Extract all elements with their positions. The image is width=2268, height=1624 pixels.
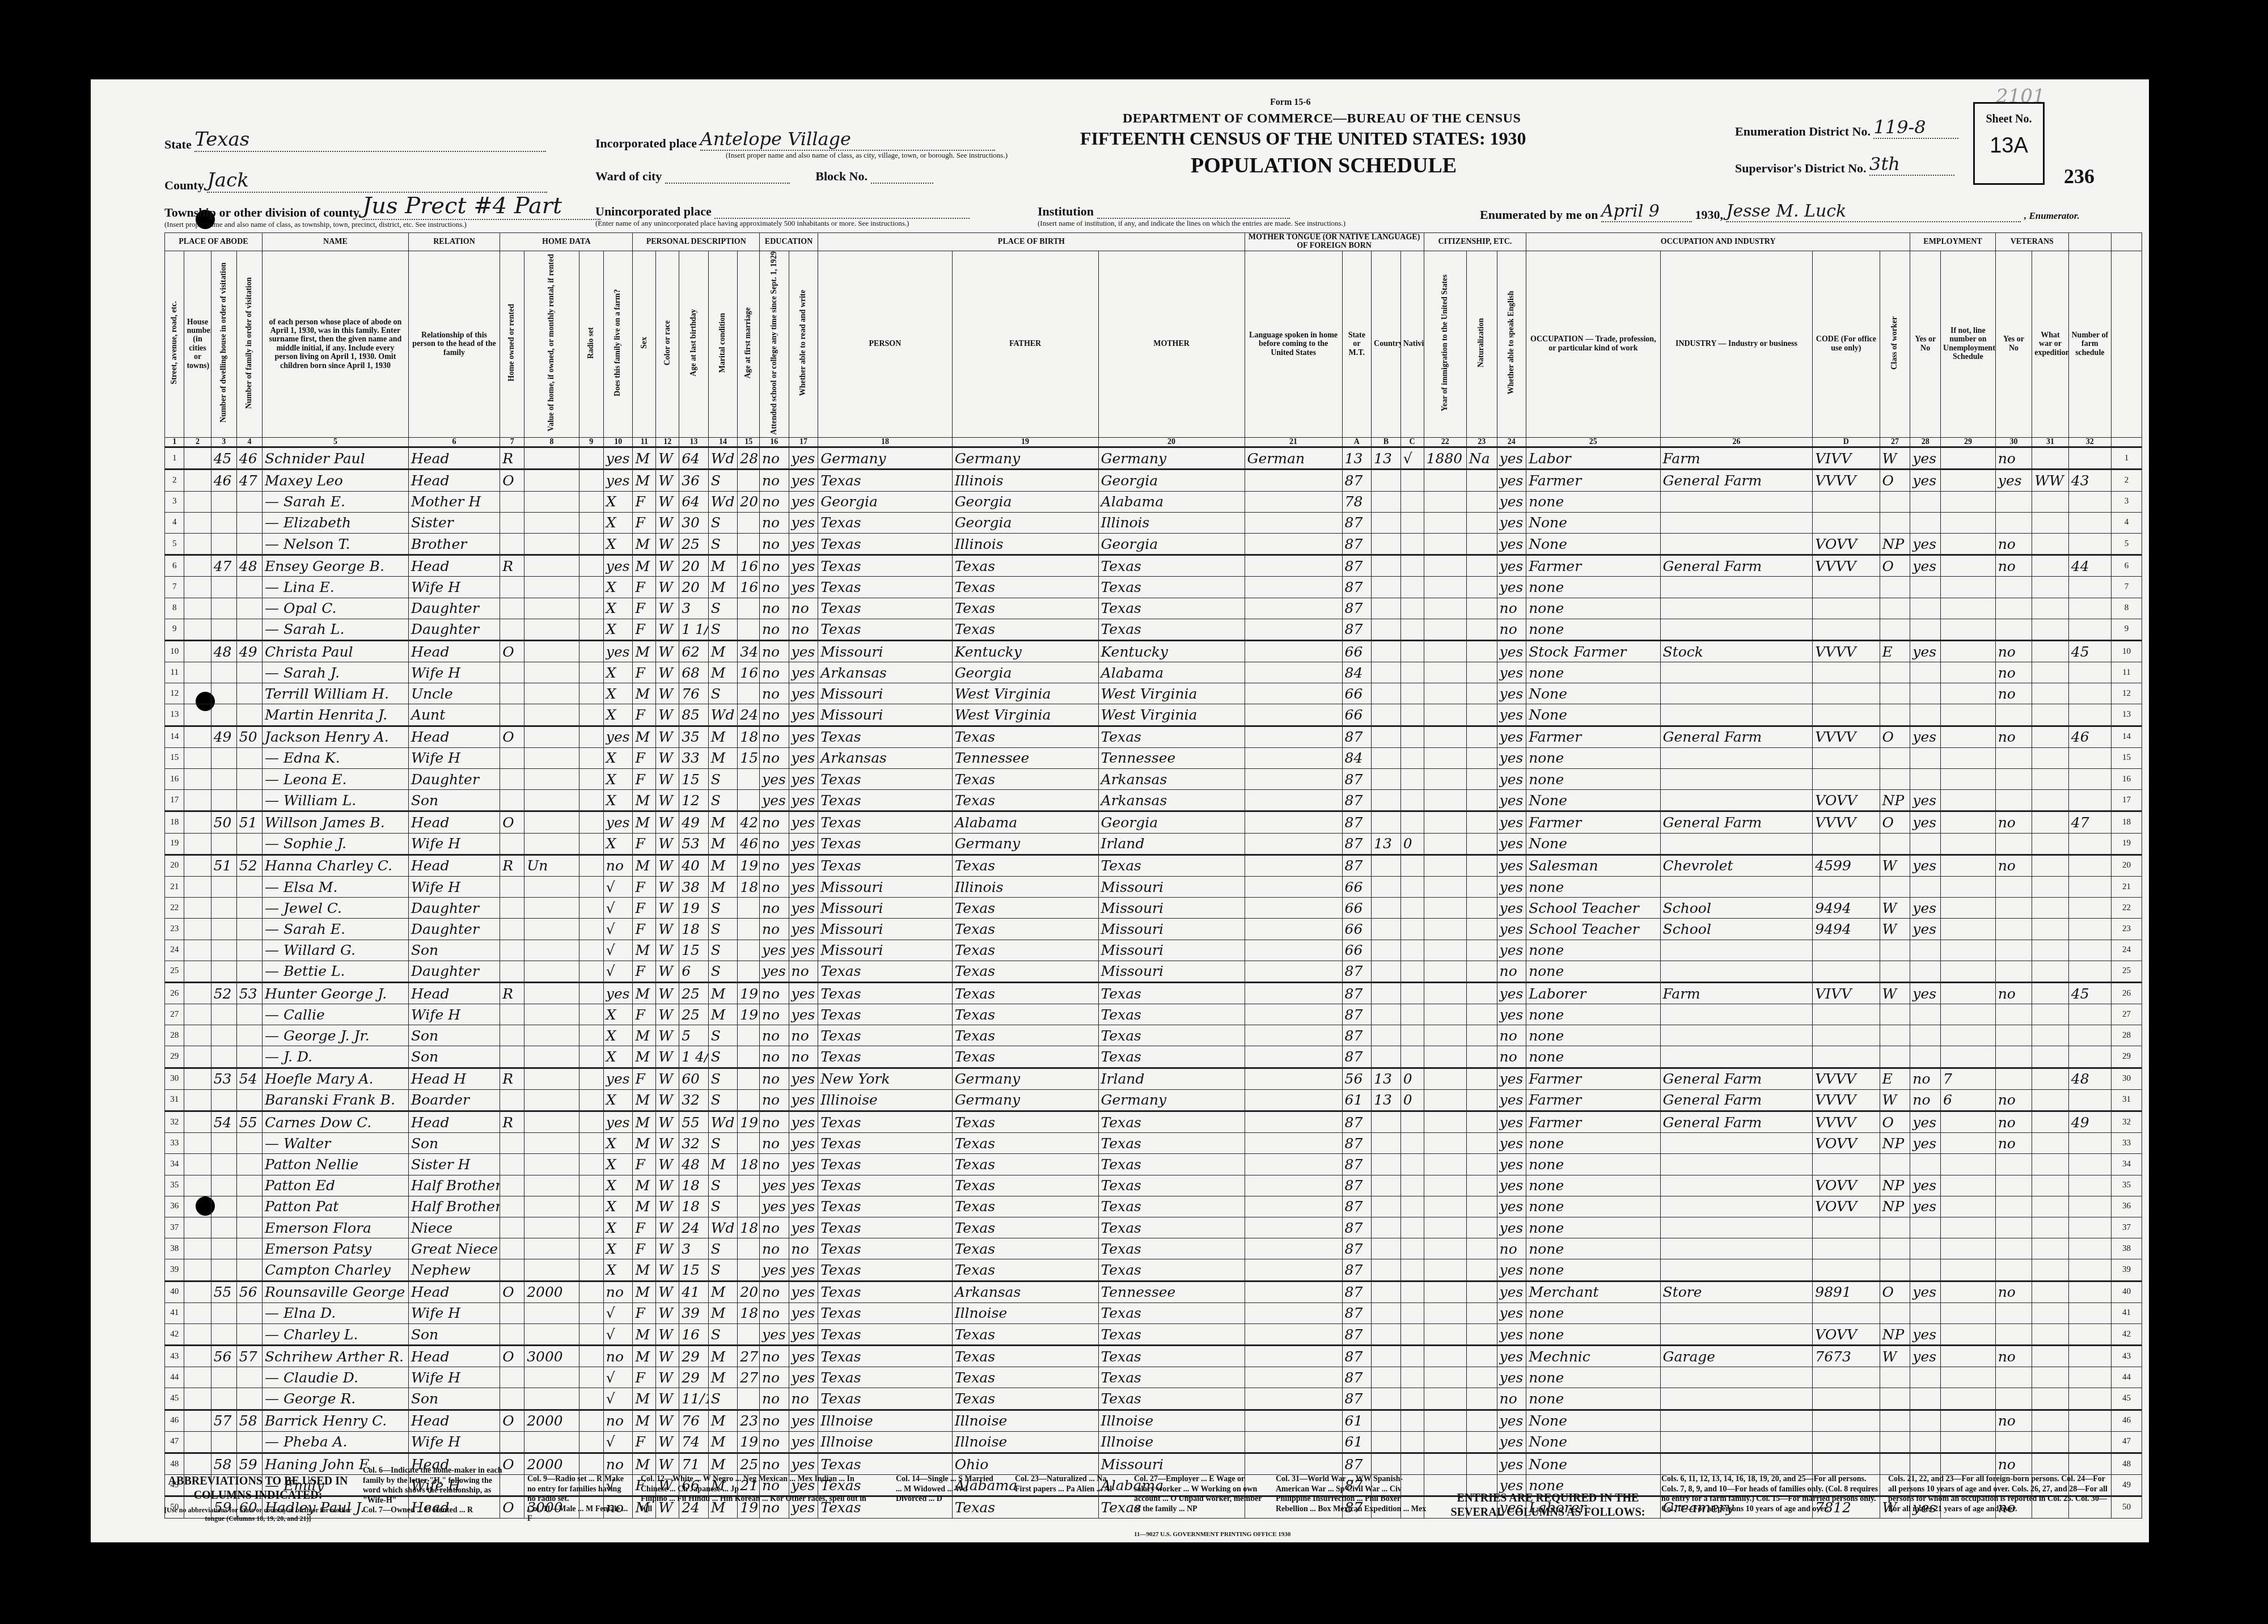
cell-ind	[1660, 1133, 1813, 1154]
cell-cls	[1880, 1388, 1910, 1410]
cell-dw	[211, 1025, 236, 1046]
column-number: 2	[184, 437, 211, 447]
cell-race: W	[656, 1323, 679, 1345]
cell-name: Emerson Flora	[262, 1217, 408, 1238]
cell-dw	[211, 1323, 236, 1345]
cell-bp: Texas	[818, 855, 952, 876]
cell-c: 0	[1400, 833, 1424, 855]
township-value: Jus Prect #4 Part	[362, 193, 600, 220]
cell-sch: no	[760, 811, 789, 833]
cell-radio	[579, 1046, 603, 1068]
line-number-right: 50	[2111, 1496, 2142, 1518]
cell-val	[524, 1111, 579, 1133]
cell-mar: M	[708, 1281, 738, 1302]
column-header: FATHER	[952, 251, 1098, 437]
cell-unemp	[1941, 555, 1996, 577]
cell-lang	[1245, 1453, 1342, 1475]
cell-val	[524, 1431, 579, 1453]
cell-sex: F	[633, 1431, 656, 1453]
cell-farm: no	[603, 1281, 633, 1302]
table-row: 33— WalterSonXMW32SnoyesTexasTexasTexas8…	[165, 1133, 2142, 1154]
cell-sex: F	[633, 619, 656, 640]
cell-mar: S	[708, 1133, 738, 1154]
cell-bp: Texas	[818, 598, 952, 619]
cell-fs	[2068, 533, 2111, 555]
cell-nat	[1466, 769, 1497, 790]
cell-fbp: Tennessee	[952, 747, 1098, 768]
cell-mar: M	[708, 876, 738, 897]
cell-a: 66	[1342, 640, 1372, 662]
cell-eng: yes	[1497, 898, 1526, 919]
abbrev-col7: Col. 7—Owned ... O Rented ... R	[363, 1505, 510, 1516]
cell-c: √	[1400, 447, 1424, 470]
cell-sch: no	[760, 447, 789, 470]
entries-list-2: Cols. 21, 22, and 23—For all foreign-bor…	[1888, 1474, 2115, 1514]
cell-a: 87	[1342, 1259, 1372, 1281]
cell-name: Baranski Frank B.	[262, 1089, 408, 1111]
cell-imm	[1424, 1025, 1466, 1046]
line-number-right: 45	[2111, 1388, 2142, 1410]
line-number-right: 41	[2111, 1302, 2142, 1323]
cell-sex: M	[633, 447, 656, 470]
cell-mbp: Tennessee	[1098, 747, 1245, 768]
cell-farm: √	[603, 898, 633, 919]
cell-val	[524, 704, 579, 726]
cell-fm	[738, 1388, 760, 1410]
cell-mar: S	[708, 512, 738, 533]
cell-race: W	[656, 619, 679, 640]
cell-code	[1813, 833, 1880, 855]
cell-mbp: Texas	[1098, 1388, 1245, 1410]
cell-code: VVVV	[1813, 555, 1880, 577]
cell-radio	[579, 1068, 603, 1089]
cell-ind	[1660, 577, 1813, 598]
cell-a: 87	[1342, 470, 1372, 491]
table-row: 28— George J. Jr.SonXMW5SnonoTexasTexasT…	[165, 1025, 2142, 1046]
cell-val	[524, 747, 579, 768]
cell-lang	[1245, 1388, 1342, 1410]
cell-house-number	[184, 919, 211, 940]
cell-vet	[1995, 1025, 2032, 1046]
cell-bp: Texas	[818, 1302, 952, 1323]
cell-fs	[2068, 1302, 2111, 1323]
cell-house-number	[184, 1259, 211, 1281]
cell-rel: Niece	[408, 1217, 500, 1238]
cell-fm: 18	[738, 1217, 760, 1238]
cell-b	[1372, 961, 1401, 982]
cell-fbp: Texas	[952, 619, 1098, 640]
cell-bp: Texas	[818, 1453, 952, 1475]
cell-occ: None	[1526, 833, 1660, 855]
cell-fbp: Texas	[952, 577, 1098, 598]
cell-own	[500, 1046, 524, 1068]
cell-mbp: Texas	[1098, 1133, 1245, 1154]
line-number-right: 3	[2111, 491, 2142, 512]
cell-rw: no	[789, 1238, 818, 1259]
cell-fbp: Germany	[952, 833, 1098, 855]
cell-occ: None	[1526, 1431, 1660, 1453]
cell-a: 87	[1342, 1238, 1372, 1259]
cell-farm: X	[603, 1175, 633, 1196]
line-number: 9	[165, 619, 184, 640]
cell-war	[2032, 1346, 2068, 1367]
cell-dw	[211, 1196, 236, 1217]
cell-imm	[1424, 769, 1466, 790]
cell-bp: Arkansas	[818, 662, 952, 683]
cell-code	[1813, 1046, 1880, 1068]
cell-race: W	[656, 982, 679, 1004]
cell-nat	[1466, 833, 1497, 855]
line-number-right: 7	[2111, 577, 2142, 598]
cell-age: 6	[679, 961, 709, 982]
cell-imm	[1424, 1154, 1466, 1175]
cell-mar: S	[708, 470, 738, 491]
cell-war	[2032, 1431, 2068, 1453]
cell-sex: M	[633, 1111, 656, 1133]
cell-code: VOVV	[1813, 1196, 1880, 1217]
cell-rw: yes	[789, 577, 818, 598]
column-header: CODE (For office use only)	[1813, 251, 1880, 437]
township-label: Township or other division of county	[164, 205, 359, 219]
abbrev-note: [Use no abbreviations for State or count…	[164, 1506, 352, 1523]
cell-mbp: Texas	[1098, 855, 1245, 876]
cell-b	[1372, 1431, 1401, 1453]
cell-farm: yes	[603, 811, 633, 833]
cell-rw: yes	[789, 1004, 818, 1025]
cell-sex: M	[633, 470, 656, 491]
cell-eng: yes	[1497, 726, 1526, 747]
cell-fm	[738, 769, 760, 790]
cell-rel: Great Niece	[408, 1238, 500, 1259]
cell-emp	[1910, 1431, 1941, 1453]
cell-c	[1400, 1025, 1424, 1046]
cell-fam	[236, 491, 262, 512]
cell-age: 29	[679, 1346, 709, 1367]
column-header-label: FATHER	[1009, 340, 1041, 348]
table-row: 16— Leona E.DaughterXFW15SyesyesTexasTex…	[165, 769, 2142, 790]
cell-age: 60	[679, 1068, 709, 1089]
cell-fs: 44	[2068, 555, 2111, 577]
cell-sch: yes	[760, 1259, 789, 1281]
column-number: 1	[165, 437, 184, 447]
cell-imm	[1424, 961, 1466, 982]
cell-lang	[1245, 1302, 1342, 1323]
cell-bp: Texas	[818, 726, 952, 747]
cell-radio	[579, 447, 603, 470]
cell-farm: X	[603, 662, 633, 683]
column-header-label: Value of home, if owned, or monthly rent…	[547, 254, 556, 432]
cell-sex: F	[633, 662, 656, 683]
cell-fs	[2068, 447, 2111, 470]
cell-bp: Texas	[818, 811, 952, 833]
cell-rel: Sister	[408, 512, 500, 533]
column-header: Value of home, if owned, or monthly rent…	[524, 251, 579, 437]
cell-cls	[1880, 1302, 1910, 1323]
cell-farm: X	[603, 1217, 633, 1238]
cell-imm	[1424, 1367, 1466, 1388]
cell-fm: 18	[738, 726, 760, 747]
cell-bp: Missouri	[818, 876, 952, 897]
cell-mar: Wd	[708, 447, 738, 470]
cell-code	[1813, 619, 1880, 640]
cell-sex: F	[633, 1068, 656, 1089]
cell-sch: no	[760, 1453, 789, 1475]
cell-mar: S	[708, 940, 738, 961]
cell-nat	[1466, 1410, 1497, 1431]
cell-sex: F	[633, 833, 656, 855]
cell-fam	[236, 1089, 262, 1111]
cell-vet	[1995, 1068, 2032, 1089]
cell-rel: Wife H	[408, 833, 500, 855]
table-row: 13Martin Henrita J.AuntXFW85Wd24noyesMis…	[165, 704, 2142, 726]
cell-mar: M	[708, 640, 738, 662]
cell-cls	[1880, 769, 1910, 790]
cell-age: 64	[679, 491, 709, 512]
cell-lang	[1245, 1196, 1342, 1217]
column-number: D	[1813, 437, 1880, 447]
cell-eng: yes	[1497, 876, 1526, 897]
cell-sex: F	[633, 577, 656, 598]
cell-code	[1813, 598, 1880, 619]
cell-sch: no	[760, 470, 789, 491]
cell-bp: Texas	[818, 1217, 952, 1238]
line-number: 8	[165, 598, 184, 619]
cell-vet	[1995, 1175, 2032, 1196]
line-number-right: 17	[2111, 790, 2142, 811]
cell-rel: Wife H	[408, 1431, 500, 1453]
table-row: 19— Sophie J.Wife HXFW53M46noyesTexasGer…	[165, 833, 2142, 855]
cell-mar: M	[708, 833, 738, 855]
cell-occ: none	[1526, 1238, 1660, 1259]
cell-code	[1813, 940, 1880, 961]
cell-ind: General Farm	[1660, 726, 1813, 747]
cell-mbp: Texas	[1098, 1367, 1245, 1388]
cell-age: 39	[679, 1302, 709, 1323]
cell-lang	[1245, 982, 1342, 1004]
cell-dw	[211, 683, 236, 704]
cell-code	[1813, 683, 1880, 704]
column-number: 4	[236, 437, 262, 447]
cell-imm	[1424, 1281, 1466, 1302]
cell-name: — Sarah L.	[262, 619, 408, 640]
line-number: 19	[165, 833, 184, 855]
cell-bp: Illinoise	[818, 1089, 952, 1111]
cell-lang	[1245, 1238, 1342, 1259]
cell-fbp: Texas	[952, 1025, 1098, 1046]
cell-bp: Illnoise	[818, 1431, 952, 1453]
cell-imm	[1424, 1410, 1466, 1431]
cell-dw	[211, 1089, 236, 1111]
cell-val	[524, 1004, 579, 1025]
cell-radio	[579, 876, 603, 897]
table-row: 4— ElizabethSisterXFW30SnoyesTexasGeorgi…	[165, 512, 2142, 533]
cell-rw: yes	[789, 982, 818, 1004]
column-header: Sex	[633, 251, 656, 437]
cell-c	[1400, 982, 1424, 1004]
cell-race: W	[656, 961, 679, 982]
cell-c	[1400, 876, 1424, 897]
cell-a: 66	[1342, 919, 1372, 940]
cell-nat	[1466, 1259, 1497, 1281]
cell-radio	[579, 940, 603, 961]
cell-unemp	[1941, 1046, 1996, 1068]
cell-fs	[2068, 1388, 2111, 1410]
line-number-right: 23	[2111, 919, 2142, 940]
column-number: 28	[1910, 437, 1941, 447]
cell-imm	[1424, 811, 1466, 833]
cell-lang	[1245, 470, 1342, 491]
cell-bp: Texas	[818, 1175, 952, 1196]
line-number-right: 15	[2111, 747, 2142, 768]
cell-a: 87	[1342, 1346, 1372, 1367]
line-number: 45	[165, 1388, 184, 1410]
cell-nat	[1466, 1323, 1497, 1345]
cell-a: 87	[1342, 533, 1372, 555]
cell-radio	[579, 1388, 603, 1410]
cell-fs	[2068, 961, 2111, 982]
cell-cls	[1880, 876, 1910, 897]
cell-rw: yes	[789, 1453, 818, 1475]
cell-fbp: Texas	[952, 598, 1098, 619]
table-row: 3— Sarah E.Mother HXFW64Wd20noyesGeorgia…	[165, 491, 2142, 512]
cell-dw: 55	[211, 1281, 236, 1302]
cell-c	[1400, 662, 1424, 683]
cell-cls	[1880, 598, 1910, 619]
cell-war	[2032, 704, 2068, 726]
cell-b	[1372, 1175, 1401, 1196]
cell-own: O	[500, 726, 524, 747]
cell-unemp	[1941, 1175, 1996, 1196]
cell-house-number	[184, 1004, 211, 1025]
line-number: 44	[165, 1367, 184, 1388]
cell-radio	[579, 1410, 603, 1431]
cell-radio	[579, 811, 603, 833]
cell-farm: √	[603, 940, 633, 961]
cell-fbp: Texas	[952, 769, 1098, 790]
cell-emp	[1910, 491, 1941, 512]
cell-a: 87	[1342, 833, 1372, 855]
cell-mbp: Tennessee	[1098, 1281, 1245, 1302]
cell-sex: M	[633, 555, 656, 577]
cell-bp: Texas	[818, 1281, 952, 1302]
column-header: Whether able to speak English	[1497, 251, 1526, 437]
cell-unemp	[1941, 491, 1996, 512]
table-row: 45— George R.Son√MW11/12SnonoTexasTexasT…	[165, 1388, 2142, 1410]
cell-fbp: Illinois	[952, 876, 1098, 897]
cell-emp	[1910, 598, 1941, 619]
cell-b	[1372, 491, 1401, 512]
cell-dw	[211, 662, 236, 683]
cell-fam	[236, 577, 262, 598]
table-row: 35Patton EdHalf BrotherXMW18SyesyesTexas…	[165, 1175, 2142, 1196]
cell-ind: Garage	[1660, 1346, 1813, 1367]
column-header-label: Naturalization	[1477, 318, 1486, 367]
cell-fm	[738, 598, 760, 619]
cell-b	[1372, 790, 1401, 811]
sd-field: Supervisor's District No. 3th	[1735, 153, 1954, 176]
cell-code: VVVV	[1813, 1089, 1880, 1111]
abbrev-col6: Col. 6—Indicate the home-maker in each f…	[363, 1466, 510, 1505]
cell-race: W	[656, 683, 679, 704]
cell-house-number	[184, 662, 211, 683]
cell-mbp: Texas	[1098, 1025, 1245, 1046]
cell-fbp: West Virginia	[952, 683, 1098, 704]
cell-fbp: Germany	[952, 1068, 1098, 1089]
cell-name: — Leona E.	[262, 769, 408, 790]
cell-unemp	[1941, 577, 1996, 598]
cell-fs	[2068, 1154, 2111, 1175]
cell-race: W	[656, 577, 679, 598]
cell-fam: 54	[236, 1068, 262, 1089]
cell-rel: Daughter	[408, 898, 500, 919]
cell-rw: yes	[789, 470, 818, 491]
cell-dw	[211, 491, 236, 512]
cell-lang	[1245, 512, 1342, 533]
cell-emp: yes	[1910, 1133, 1941, 1154]
entries-required-1: Cols. 6, 11, 12, 13, 14, 16, 18, 19, 20,…	[1661, 1474, 1882, 1514]
cell-farm: X	[603, 512, 633, 533]
cell-house-number	[184, 1196, 211, 1217]
cell-vet: no	[1995, 726, 2032, 747]
cell-house-number	[184, 640, 211, 662]
column-header-label: Does this family live on a farm?	[613, 289, 622, 396]
cell-race: W	[656, 940, 679, 961]
cell-own	[500, 1302, 524, 1323]
cell-race: W	[656, 1196, 679, 1217]
cell-val	[524, 470, 579, 491]
cell-fs	[2068, 1323, 2111, 1345]
cell-dw	[211, 1431, 236, 1453]
cell-cls	[1880, 704, 1910, 726]
cell-fam: 55	[236, 1111, 262, 1133]
enumerated-label: Enumerated by me on	[1480, 208, 1598, 222]
cell-bp: Texas	[818, 555, 952, 577]
cell-fm: 20	[738, 1281, 760, 1302]
cell-own	[500, 1154, 524, 1175]
cell-dw: 50	[211, 811, 236, 833]
cell-race: W	[656, 1281, 679, 1302]
cell-bp: Texas	[818, 982, 952, 1004]
cell-age: 76	[679, 683, 709, 704]
cell-race: W	[656, 1089, 679, 1111]
cell-a: 56	[1342, 1068, 1372, 1089]
cell-farm: yes	[603, 555, 633, 577]
cell-fam: 53	[236, 982, 262, 1004]
cell-fbp: Ohio	[952, 1453, 1098, 1475]
cell-val	[524, 619, 579, 640]
cell-farm: X	[603, 491, 633, 512]
cell-bp: Texas	[818, 769, 952, 790]
cell-fam	[236, 1025, 262, 1046]
cell-own: R	[500, 982, 524, 1004]
cell-c	[1400, 1046, 1424, 1068]
cell-sex: F	[633, 961, 656, 982]
cell-lang	[1245, 1323, 1342, 1345]
table-row: 185051Willson James B.HeadOyesMW49M42noy…	[165, 811, 2142, 833]
ed-label: Enumeration District No.	[1735, 124, 1871, 138]
form-number: Form 15-6	[1270, 98, 1311, 108]
cell-radio	[579, 1025, 603, 1046]
cell-b	[1372, 876, 1401, 897]
cell-farm: X	[603, 619, 633, 640]
cell-code	[1813, 876, 1880, 897]
table-row: 44— Claudie D.Wife H√FW29M27noyesTexasTe…	[165, 1367, 2142, 1388]
line-number-right: 5	[2111, 533, 2142, 555]
line-number: 15	[165, 747, 184, 768]
cell-occ: None	[1526, 1453, 1660, 1475]
cell-sch: no	[760, 1217, 789, 1238]
column-header: Age at first marriage	[738, 251, 760, 437]
